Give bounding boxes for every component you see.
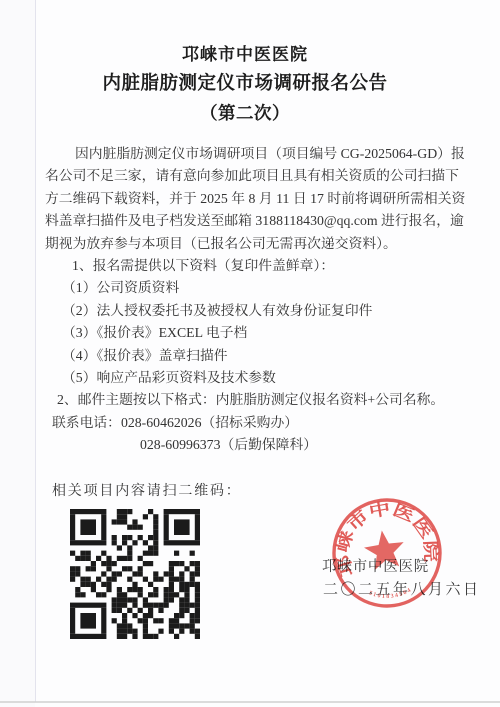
qr-code (70, 509, 200, 639)
svg-text:邛崃市中医医院: 邛崃市中医医院 (327, 493, 444, 579)
contact-phone-1: 联系电话：028-60462026（招标采购办） (45, 412, 470, 434)
title-main: 内脏脂肪测定仪市场调研报名公告 (40, 70, 450, 100)
material-item: （5）响应产品彩页资料及技术参数 (45, 367, 470, 389)
official-stamp: 邛崃市中医医院 5101834564 (327, 493, 447, 613)
title-block: 邛崃市中医医院 内脏脂肪测定仪市场调研报名公告 （第二次） (40, 40, 450, 129)
materials-heading: 1、报名需提供以下资料（复印件盖鲜章）： (45, 255, 470, 277)
material-item: （2）法人授权委托书及被授权人有效身份证复印件 (45, 300, 470, 322)
material-item: （1）公司资质资料 (45, 277, 470, 299)
intro-line: 名公司不足三家，请有意向参加此项目且具有相关资质的公司扫描下 (45, 165, 470, 187)
scan-left-margin (0, 0, 35, 707)
intro-line: 因内脏脂肪测定仪市场调研项目（项目编号 CG-2025064-GD）报 (45, 143, 470, 165)
title-round: （第二次） (40, 99, 450, 129)
page-edge-bottom (0, 701, 500, 703)
stamp-ring-text: 邛崃市中医医院 (327, 493, 444, 579)
material-item: （3）《报价表》EXCEL 电子档 (45, 322, 470, 344)
qr-label: 相关项目内容请扫二维码： (52, 480, 242, 500)
title-hospital: 邛崃市中医医院 (40, 40, 450, 70)
page-edge-left (35, 0, 36, 702)
email-subject-line: 2、邮件主题按以下格式：内脏脂肪测定仪报名资料+公司名称。 (45, 389, 470, 411)
body-text: 因内脏脂肪测定仪市场调研项目（项目编号 CG-2025064-GD）报 名公司不… (45, 143, 470, 456)
stamp-serial: 5101834564 (367, 585, 412, 603)
intro-line: 料盖章扫描件及电子档发送至邮箱 3188118430@qq.com 进行报名，逾 (45, 210, 470, 232)
scanned-page: 邛崃市中医医院 内脏脂肪测定仪市场调研报名公告 （第二次） 因内脏脂肪测定仪市场… (0, 0, 500, 707)
intro-line: 期视为放弃参与本项目（已报名公司无需再次递交资料）。 (45, 233, 470, 255)
material-item: （4）《报价表》盖章扫描件 (45, 345, 470, 367)
svg-text:5101834564: 5101834564 (367, 585, 412, 603)
intro-line: 方二维码下载资料，并于 2025 年 8 月 11 日 17 时前将调研所需相关… (45, 188, 470, 210)
stamp-star-icon (362, 528, 407, 571)
contact-phone-2: 028-60996373（后勤保障科） (45, 434, 470, 456)
